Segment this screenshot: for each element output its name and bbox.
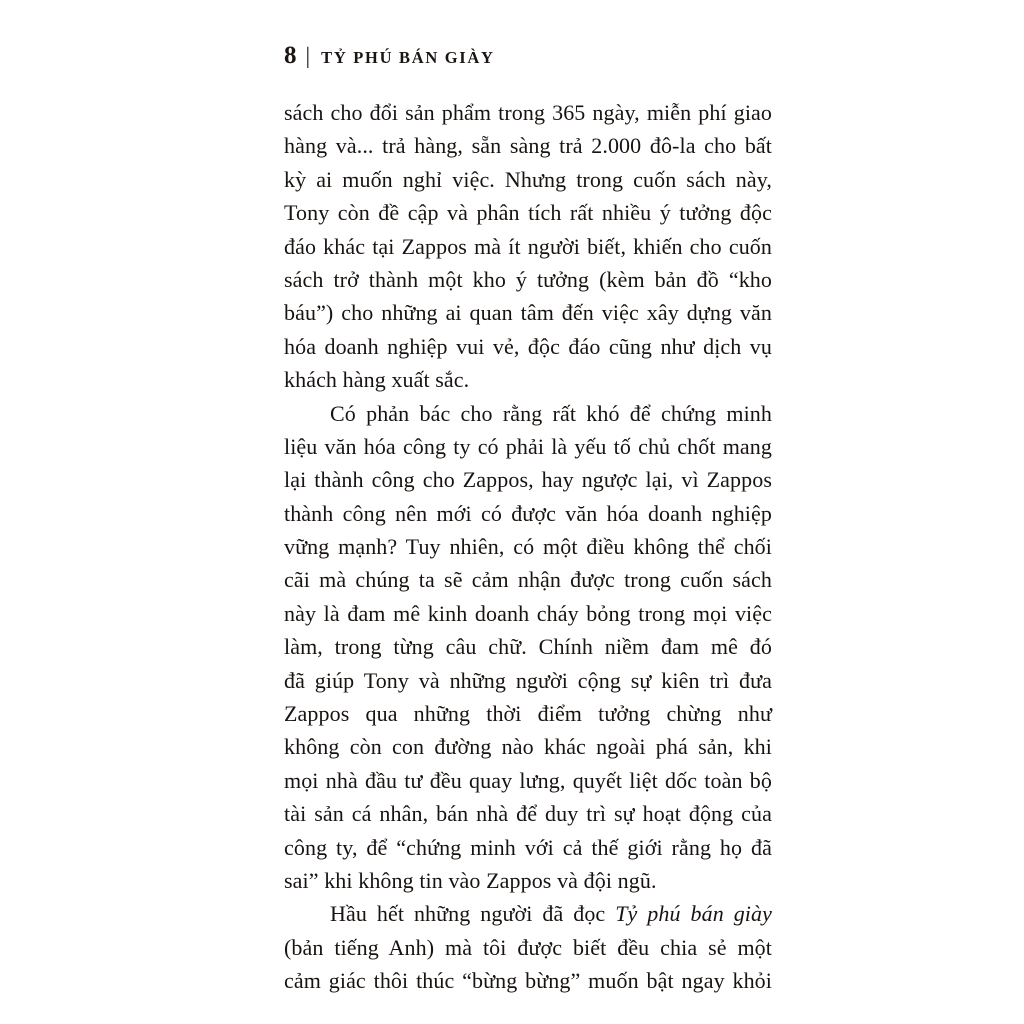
text-line: sách cho đổi sản phẩm trong 365 ngày, mi… — [284, 96, 772, 129]
text-line: Zappos qua những thời điểm tưởng chừng n… — [284, 697, 772, 730]
paragraph-3: Hầu hết những người đã đọc Tỷ phú bán gi… — [284, 897, 772, 997]
text-segment: Hầu hết những người đã đọc — [330, 901, 615, 926]
text-line: khách hàng xuất sắc. — [284, 363, 772, 396]
running-header: 8 | TỶ PHÚ BÁN GIÀY — [284, 42, 495, 70]
page-number: 8 — [284, 42, 297, 70]
text-line: hóa doanh nghiệp vui vẻ, độc đáo cũng nh… — [284, 330, 772, 363]
text-line: sách trở thành một kho ý tưởng (kèm bản … — [284, 263, 772, 296]
text-line: báu”) cho những ai quan tâm đến việc xây… — [284, 296, 772, 329]
book-title-italic: Tỷ phú bán giày — [615, 901, 772, 926]
text-line: cảm giác thôi thúc “bừng bừng” muốn bật … — [284, 964, 772, 997]
text-line: lại thành công cho Zappos, hay ngược lại… — [284, 463, 772, 496]
text-line: (bản tiếng Anh) mà tôi được biết đều chi… — [284, 931, 772, 964]
text-line: kỳ ai muốn nghỉ việc. Nhưng trong cuốn s… — [284, 163, 772, 196]
text-block: sách cho đổi sản phẩm trong 365 ngày, mi… — [284, 96, 772, 998]
text-line: sai” khi không tin vào Zappos và đội ngũ… — [284, 864, 772, 897]
text-line: Tony còn đề cập và phân tích rất nhiều ý… — [284, 196, 772, 229]
header-divider: | — [306, 43, 311, 69]
text-line: đáo khác tại Zappos mà ít người biết, kh… — [284, 230, 772, 263]
text-line: Hầu hết những người đã đọc Tỷ phú bán gi… — [284, 897, 772, 930]
text-line: liệu văn hóa công ty có phải là yếu tố c… — [284, 430, 772, 463]
text-line: Có phản bác cho rằng rất khó để chứng mi… — [284, 397, 772, 430]
running-title: TỶ PHÚ BÁN GIÀY — [321, 48, 495, 68]
text-line: mọi nhà đầu tư đều quay lưng, quyết liệt… — [284, 764, 772, 797]
text-line: tài sản cá nhân, bán nhà để duy trì sự h… — [284, 797, 772, 830]
text-line: hàng và... trả hàng, sẵn sàng trả 2.000 … — [284, 129, 772, 162]
text-line: thành công nên mới có được văn hóa doanh… — [284, 497, 772, 530]
book-page: 8 | TỶ PHÚ BÁN GIÀY sách cho đổi sản phẩ… — [0, 0, 1024, 1024]
text-line: công ty, để “chứng minh với cả thế giới … — [284, 831, 772, 864]
text-line: đã giúp Tony và những người cộng sự kiên… — [284, 664, 772, 697]
text-line: vững mạnh? Tuy nhiên, có một điều không … — [284, 530, 772, 563]
text-line: không còn con đường nào khác ngoài phá s… — [284, 730, 772, 763]
paragraph-1: sách cho đổi sản phẩm trong 365 ngày, mi… — [284, 96, 772, 397]
paragraph-2: Có phản bác cho rằng rất khó để chứng mi… — [284, 397, 772, 898]
text-line: làm, trong từng câu chữ. Chính niềm đam … — [284, 630, 772, 663]
text-line: cãi mà chúng ta sẽ cảm nhận được trong c… — [284, 563, 772, 596]
text-line: này là đam mê kinh doanh cháy bỏng trong… — [284, 597, 772, 630]
